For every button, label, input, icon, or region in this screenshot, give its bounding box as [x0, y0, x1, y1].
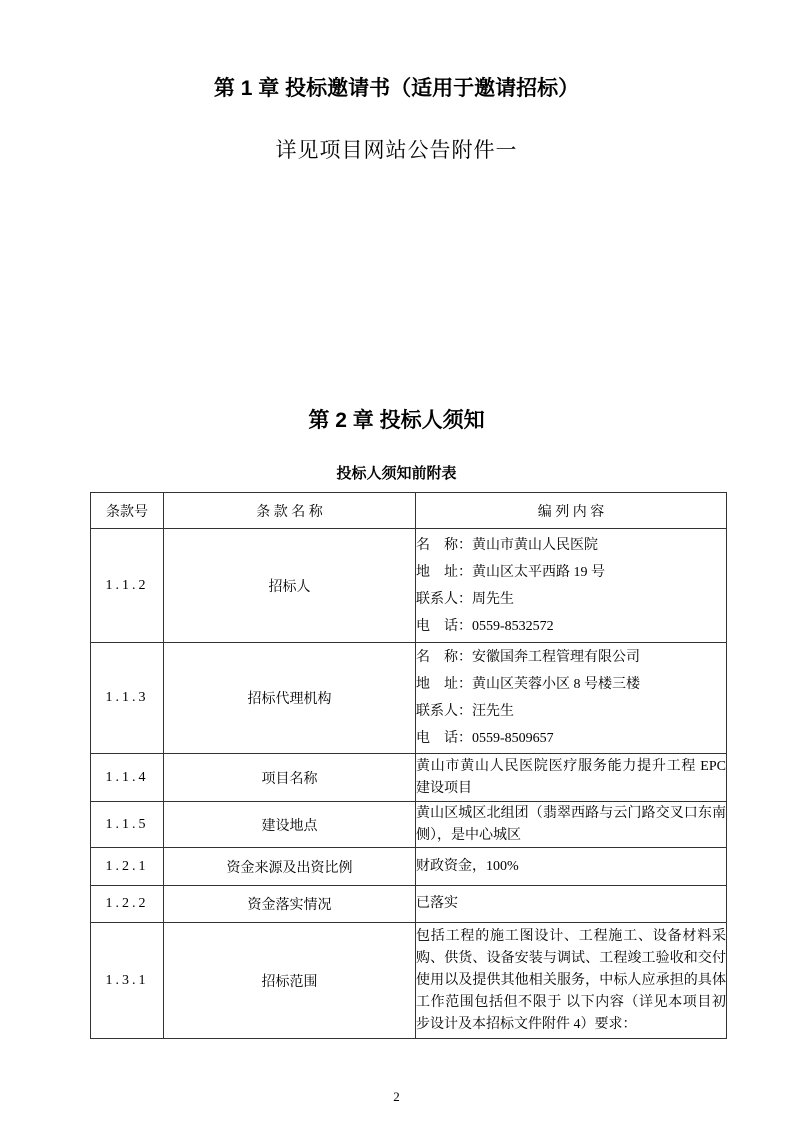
content-line: 联系人：汪先生 [416, 698, 726, 725]
clause-name: 资金来源及出资比例 [164, 848, 416, 886]
content-line: 地 址：黄山区芙蓉小区 8 号楼三楼 [416, 671, 726, 698]
table-row-1-1-3: 1.1.3 招标代理机构 名 称：安徽国奔工程管理有限公司 地 址：黄山区芙蓉小… [91, 643, 727, 754]
content-line: 地 址：黄山区太平西路 19 号 [416, 559, 726, 586]
table-row-1-1-2: 1.1.2 招标人 名 称：黄山市黄山人民医院 地 址：黄山区太平西路 19 号… [91, 529, 727, 643]
table-row-1-2-1: 1.2.1 资金来源及出资比例 财政资金，100% [91, 848, 727, 886]
clause-name: 资金落实情况 [164, 886, 416, 923]
table-caption: 投标人须知前附表 [0, 464, 793, 483]
header-clause-name: 条 款 名 称 [164, 493, 416, 529]
clause-name: 招标人 [164, 529, 416, 643]
clause-name: 招标代理机构 [164, 643, 416, 754]
clause-content: 黄山区城区北组团（翡翠西路与云门路交叉口东南侧），是中心城区 [416, 802, 727, 848]
content-line: 黄山市黄山人民医院医疗服务能力提升工程 EPC 建设项目 [416, 756, 726, 800]
table-row-1-2-2: 1.2.2 资金落实情况 已落实 [91, 886, 727, 923]
content-line: 财政资金，100% [416, 856, 726, 878]
content-line: 已落实 [416, 893, 726, 915]
header-clause-no: 条款号 [91, 493, 164, 529]
content-line: 名 称：黄山市黄山人民医院 [416, 532, 726, 559]
content-line: 电 话：0559-8532572 [416, 613, 726, 640]
clause-name: 项目名称 [164, 754, 416, 802]
clause-content: 财政资金，100% [416, 848, 727, 886]
clause-content: 名 称：黄山市黄山人民医院 地 址：黄山区太平西路 19 号 联系人：周先生 电… [416, 529, 727, 643]
content-line: 名 称：安徽国奔工程管理有限公司 [416, 644, 726, 671]
clause-content: 名 称：安徽国奔工程管理有限公司 地 址：黄山区芙蓉小区 8 号楼三楼 联系人：… [416, 643, 727, 754]
chapter1-subtitle: 详见项目网站公告附件一 [0, 137, 793, 163]
table-header-row: 条款号 条 款 名 称 编 列 内 容 [91, 493, 727, 529]
clause-no: 1.3.1 [91, 923, 164, 1039]
clause-content: 包括工程的施工图设计、工程施工、设备材料采购、供货、设备安装与调试、工程竣工验收… [416, 923, 727, 1039]
clause-no: 1.1.2 [91, 529, 164, 643]
chapter2-title: 第 2 章 投标人须知 [0, 408, 793, 434]
clause-no: 1.1.5 [91, 802, 164, 848]
clause-name: 建设地点 [164, 802, 416, 848]
content-line: 联系人：周先生 [416, 586, 726, 613]
clause-no: 1.2.1 [91, 848, 164, 886]
page-number: 2 [0, 1089, 793, 1105]
clause-no: 1.2.2 [91, 886, 164, 923]
chapter1-title: 第 1 章 投标邀请书（适用于邀请招标） [0, 0, 793, 102]
clause-name: 招标范围 [164, 923, 416, 1039]
content-line: 黄山区城区北组团（翡翠西路与云门路交叉口东南侧），是中心城区 [416, 803, 726, 847]
clause-content: 已落实 [416, 886, 727, 923]
header-content: 编 列 内 容 [416, 493, 727, 529]
clause-no: 1.1.3 [91, 643, 164, 754]
table-row-1-3-1: 1.3.1 招标范围 包括工程的施工图设计、工程施工、设备材料采购、供货、设备安… [91, 923, 727, 1039]
clause-no: 1.1.4 [91, 754, 164, 802]
table-row-1-1-5: 1.1.5 建设地点 黄山区城区北组团（翡翠西路与云门路交叉口东南侧），是中心城… [91, 802, 727, 848]
bidder-notice-table: 条款号 条 款 名 称 编 列 内 容 1.1.2 招标人 名 称：黄山市黄山人… [90, 492, 727, 1039]
content-line: 包括工程的施工图设计、工程施工、设备材料采购、供货、设备安装与调试、工程竣工验收… [416, 926, 726, 1036]
document-page: 第 1 章 投标邀请书（适用于邀请招标） 详见项目网站公告附件一 第 2 章 投… [0, 0, 793, 1122]
clause-content: 黄山市黄山人民医院医疗服务能力提升工程 EPC 建设项目 [416, 754, 727, 802]
table-row-1-1-4: 1.1.4 项目名称 黄山市黄山人民医院医疗服务能力提升工程 EPC 建设项目 [91, 754, 727, 802]
content-line: 电 话：0559-8509657 [416, 725, 726, 752]
